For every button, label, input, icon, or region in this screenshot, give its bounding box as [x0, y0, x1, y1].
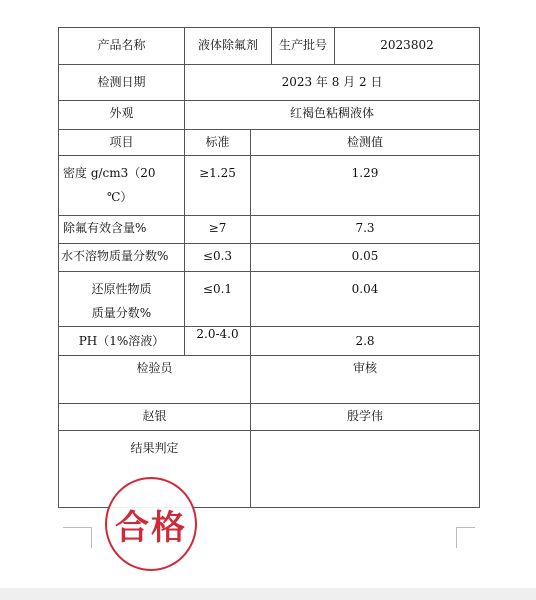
column-header-standard: 标准 — [185, 130, 251, 156]
document-page: 产品名称 液体除氟剂 生产批号 2023802 检测日期 2023 年 8 月 … — [0, 0, 536, 588]
stamp-text: 合格 — [115, 500, 187, 549]
inspection-report-table: 产品名称 液体除氟剂 生产批号 2023802 检测日期 2023 年 8 月 … — [58, 27, 480, 508]
table-row: 还原性物质 质量分数% ≤0.1 0.04 — [59, 272, 480, 327]
test-date-value: 2023 年 8 月 2 日 — [185, 65, 480, 101]
product-name-label: 产品名称 — [59, 28, 185, 65]
value-cell: 2.8 — [251, 327, 480, 356]
item-cell: 除氟有效含量% — [59, 216, 185, 244]
item-line: 质量分数% — [59, 301, 184, 325]
inspector-name: 赵银 — [59, 404, 251, 431]
item-cell: 水不溶物质量分数% — [59, 244, 185, 272]
value-cell: 0.04 — [251, 272, 480, 327]
item-line: ℃） — [63, 185, 184, 209]
item-line: 还原性物质 — [59, 272, 184, 301]
table-row: 除氟有效含量% ≥7 7.3 — [59, 216, 480, 244]
crop-mark-right — [456, 527, 475, 548]
batch-number-value: 2023802 — [335, 28, 480, 65]
reviewer-name: 殷学伟 — [251, 404, 480, 431]
column-header-item: 项目 — [59, 130, 185, 156]
qualified-stamp: 合格 — [105, 477, 197, 571]
value-cell: 0.05 — [251, 244, 480, 272]
item-cell: PH（1%溶液） — [59, 327, 185, 356]
item-line: 密度 g/cm3（20 — [63, 156, 184, 185]
column-header-value: 检测值 — [251, 130, 480, 156]
inspector-label: 检验员 — [59, 356, 251, 404]
standard-cell: ≤0.3 — [185, 244, 251, 272]
test-date-label: 检测日期 — [59, 65, 185, 101]
table-row: 密度 g/cm3（20 ℃） ≥1.25 1.29 — [59, 156, 480, 216]
table-row: 水不溶物质量分数% ≤0.3 0.05 — [59, 244, 480, 272]
appearance-value: 红褐色粘稠液体 — [185, 101, 480, 130]
viewer-bottom-bar — [0, 588, 536, 600]
standard-cell: ≥7 — [185, 216, 251, 244]
standard-cell: ≥1.25 — [185, 156, 251, 216]
table-row: PH（1%溶液） 2.0-4.0 2.8 — [59, 327, 480, 356]
crop-mark-left — [63, 527, 92, 548]
standard-cell: 2.0-4.0 — [185, 327, 251, 356]
appearance-label: 外观 — [59, 101, 185, 130]
value-cell: 1.29 — [251, 156, 480, 216]
item-cell: 还原性物质 质量分数% — [59, 272, 185, 327]
product-name-value: 液体除氟剂 — [185, 28, 272, 65]
batch-number-label: 生产批号 — [272, 28, 335, 65]
value-cell: 7.3 — [251, 216, 480, 244]
result-value — [251, 431, 480, 508]
standard-cell: ≤0.1 — [185, 272, 251, 327]
reviewer-label: 审核 — [251, 356, 480, 404]
item-cell: 密度 g/cm3（20 ℃） — [59, 156, 185, 216]
